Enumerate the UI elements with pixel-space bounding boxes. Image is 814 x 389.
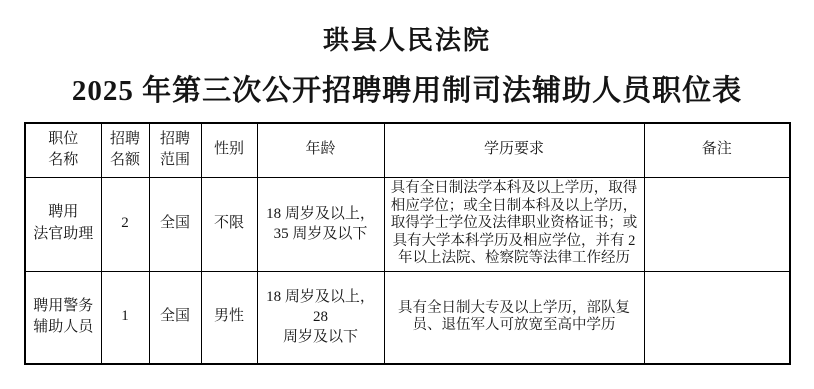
cell-gender: 男性 [201,271,257,364]
table-row: 聘用 法官助理 2 全国 不限 18 周岁及以上， 35 周岁及以下 具有全日制… [25,177,790,271]
header-remark: 备注 [644,123,790,177]
cell-age: 18 周岁及以上，28 周岁及以下 [257,271,384,364]
position-table: 职位 名称 招聘 名额 招聘 范围 性别 年龄 学历要求 备注 聘用 法官助理 … [24,122,791,365]
cell-gender: 不限 [201,177,257,271]
cell-recruit-scope: 全国 [149,177,201,271]
document-subtitle: 2025 年第三次公开招聘聘用制司法辅助人员职位表 [0,75,814,108]
cell-remark [644,177,790,271]
cell-remark [644,271,790,364]
header-gender: 性别 [201,123,257,177]
table-row: 聘用警务 辅助人员 1 全国 男性 18 周岁及以上，28 周岁及以下 具有全日… [25,271,790,364]
document-title: 珙县人民法院 [0,26,814,56]
cell-position-name: 聘用 法官助理 [25,177,101,271]
header-position-name: 职位 名称 [25,123,101,177]
header-recruit-scope: 招聘 范围 [149,123,201,177]
cell-recruit-quota: 2 [101,177,149,271]
cell-age: 18 周岁及以上， 35 周岁及以下 [257,177,384,271]
cell-position-name: 聘用警务 辅助人员 [25,271,101,364]
cell-recruit-quota: 1 [101,271,149,364]
cell-education-requirement: 具有全日制大专及以上学历，部队复 员、退伍军人可放宽至高中学历 [384,271,644,364]
header-age: 年龄 [257,123,384,177]
table-header-row: 职位 名称 招聘 名额 招聘 范围 性别 年龄 学历要求 备注 [25,123,790,177]
header-recruit-quota: 招聘 名额 [101,123,149,177]
cell-recruit-scope: 全国 [149,271,201,364]
header-education-requirement: 学历要求 [384,123,644,177]
document-page: 珙县人民法院 2025 年第三次公开招聘聘用制司法辅助人员职位表 职位 名称 招… [0,0,814,389]
cell-education-requirement: 具有全日制法学本科及以上学历，取得 相应学位；或全日制本科及以上学历， 取得学士… [384,177,644,271]
